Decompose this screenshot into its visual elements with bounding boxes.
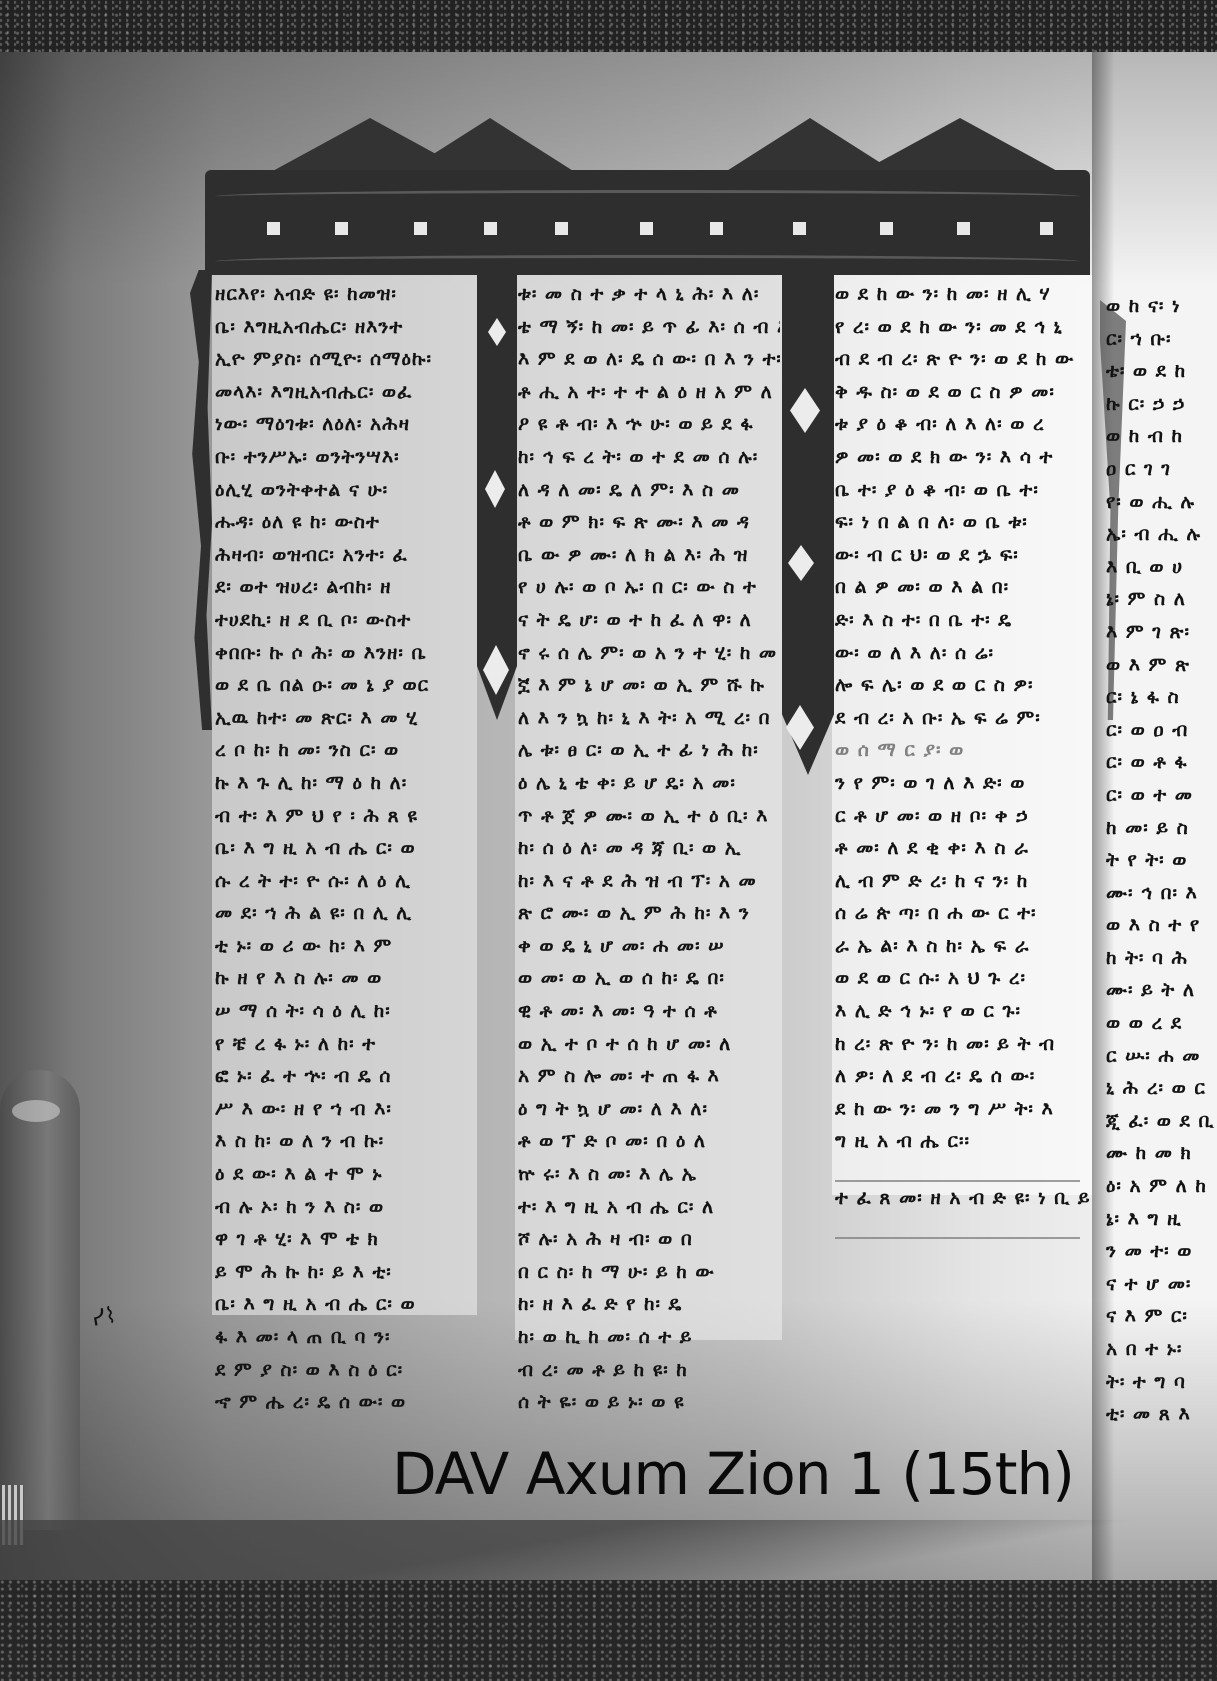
text-line: ኟ እ ም ኔ ሆ መ፡ ወ ኢ ም ሹ ኩ <box>518 669 780 702</box>
holder-thumb <box>0 1070 80 1530</box>
text-line: ይ ሞ ሕ ኩ ከ፡ ይ እ ቲ፡ <box>215 1256 477 1289</box>
text-line: እ ቢ ወ ሀ <box>1106 551 1217 584</box>
text-line: ሙ፡ ይ ት ለ <box>1106 974 1217 1007</box>
text-line: ር፡ ኀ ቡ፡ <box>1106 323 1217 356</box>
text-line: ወ እ ም ጽ <box>1106 649 1217 682</box>
text-line: ር ሡ፡ ሐ መ <box>1106 1040 1217 1073</box>
text-line: ከ መ፡ ይ ስ <box>1106 812 1217 845</box>
text-line: ና እ ም ር፡ <box>1106 1300 1217 1333</box>
text-line: ን መ ተ፡ ወ <box>1106 1235 1217 1268</box>
text-line: ብ ሉ ኦ፡ ከ ን እ ስ፡ ወ <box>215 1191 477 1224</box>
text-line: ለ እ ን ኳ ከ፡ ኒ እ ት፡ አ ሚ ረ፡ በ <box>518 702 780 735</box>
text-line: ቤ፡ እግዚአብሔር፡ ዘእንተ <box>215 311 477 344</box>
text-line: እ ሊ ድ ኅ ኑ፡ የ ወ ር ጉ፡ <box>835 995 1090 1028</box>
text-line: ቤ፡ እ ግ ዚ አ ብ ሔ ር፡ ወ <box>215 1288 477 1321</box>
text-line: ወ ወ ረ ደ <box>1106 1007 1217 1040</box>
text-line: ቲ፡ መ ጸ እ <box>1106 1398 1217 1431</box>
text-line: ደ ብ ረ፡ አ ቡ፡ ኤ ፍ ሬ ም፡ <box>835 702 1090 735</box>
text-line: ሾ ሉ፡ አ ሕ ዛ ብ፡ ወ በ <box>518 1223 780 1256</box>
text-column-3: ወ ደ ከ ው ን፡ ከ መ፡ ዘ ሊ ሃ የ ረ፡ ወ ደ ከ ው ን፡ መ … <box>835 278 1090 1239</box>
text-line: ቱ ያ ዕ ቆ ብ፡ ለ እ ለ፡ ወ ረ <box>835 408 1090 441</box>
text-line: ሑዳ፡ ዕለ ዩ ከ፡ ውስተ <box>215 506 477 539</box>
text-line: ቴ፡ ወ ደ ከ <box>1106 355 1217 388</box>
text-line: ቶ ሒ አ ተ፡ ተ ተ ል ዕ ዘ አ ም ለ ለ <box>518 376 780 409</box>
text-line: አ ም ስ ሎ መ፡ ተ ጠ ፋ እ <box>518 1060 780 1093</box>
text-line: ዕ ሌ ኒ ቴ ቀ፡ ይ ሆ ዴ፡ አ መ፡ <box>518 767 780 800</box>
column-separator-2 <box>782 270 834 775</box>
header-square-ornament <box>640 222 653 235</box>
text-line: ዕሊሂ ወንትቀተል ና ሁ፡ <box>215 474 477 507</box>
text-line: ኩ እ ጉ ሊ ከ፡ ማ ዕ ከ ለ፡ <box>215 767 477 800</box>
header-square-ornament <box>880 222 893 235</box>
text-line: ሱ ረ ት ተ፡ ዮ ሱ፡ ለ ዕ ሊ <box>215 865 477 898</box>
text-line: ና ተ ሆ መ፡ <box>1106 1268 1217 1301</box>
text-line: ለ ዳ ለ መ፡ ዴ ለ ም፡ እ ስ መ <box>518 474 780 507</box>
text-line: ወ ከ ና፡ ነ <box>1106 290 1217 323</box>
colophon-line: ተ ፈ ጸ መ፡ ዘ አ ብ ድ ዩ፡ ነ ቢ ይ <box>835 1182 1090 1215</box>
text-line: ኖ ሩ ሰ ሌ ም፡ ወ አ ን ተ ሂ፡ ከ መ <box>518 637 780 670</box>
image-caption: DAV Axum Zion 1 (15th) <box>392 1440 1074 1508</box>
text-line: ተሀደኪ፡ ዘ ደ ቢ ቦ፡ ውስተ <box>215 604 477 637</box>
thumbnail-highlight <box>12 1100 60 1122</box>
text-line: ኩ ር፡ ኃ ኃ <box>1106 388 1217 421</box>
header-square-ornament <box>335 222 348 235</box>
text-line: ቀ ወ ዴ ኒ ሆ መ፡ ሐ መ፡ ሠ <box>518 930 780 963</box>
text-line: የ ቼ ረ ፋ ኑ፡ ለ ከ፡ ተ <box>215 1028 477 1061</box>
text-line: ና ት ዴ ሆ፡ ወ ተ ከ ፈ ለ ዋ፡ ለ <box>518 604 780 637</box>
text-line: ር፡ ወ ተ መ <box>1106 779 1217 812</box>
text-line: ነው፡ ማዕገቱ፡ ለዕለ፡ አሕዛ <box>215 408 477 441</box>
text-line: ዖ ዩ ቶ ብ፡ እ ኍ ሁ፡ ወ ይ ደ ፋ <box>518 408 780 441</box>
text-column-2: ቱ፡ መ ስ ተ ቃ ተ ላ ኒ ሕ፡ እ ለ፡ ቴ ማ ኝ፡ ከ መ፡ ይ ጥ… <box>518 278 780 1419</box>
text-line: ሰ ሬ ጵ ጣ፡ በ ሐ ው ር ተ፡ <box>835 897 1090 930</box>
text-line: ጽ ሮ ሙ፡ ወ ኢ ም ሕ ከ፡ እ ን <box>518 897 780 930</box>
text-line: ቤ ተ፡ ያ ዕ ቆ ብ፡ ወ ቤ ተ፡ <box>835 474 1090 507</box>
text-line: እ ም ገ ጽ፡ <box>1106 616 1217 649</box>
text-line: ር፡ ኔ ፋ ስ <box>1106 681 1217 714</box>
text-line: አ በ ተ ኑ፡ <box>1106 1333 1217 1366</box>
dark-background-bottom <box>0 1580 1217 1681</box>
header-square-ornament <box>484 222 497 235</box>
text-line: ሎ ፍ ሌ፡ ወ ደ ወ ር ስ ዎ፡ <box>835 669 1090 702</box>
text-line: ብ ተ፡ እ ም ህ የ ፡ ሕ ጸ ዩ <box>215 800 477 833</box>
text-line: ን የ ም፡ ወ ገ ለ እ ድ፡ ወ <box>835 767 1090 800</box>
text-line: ዎ መ፡ ወ ደ ክ ው ን፡ እ ሳ ተ <box>835 441 1090 474</box>
text-line: ቀበቡ፡ ኩ ሶ ሕ፡ ወ እንዘ፡ ቤ <box>215 637 477 670</box>
header-square-ornament <box>267 222 280 235</box>
text-line: መላእ፡ እግዚአብሔር፡ ወፈ <box>215 376 477 409</box>
text-line: ቱ፡ መ ስ ተ ቃ ተ ላ ኒ ሕ፡ እ ለ፡ <box>518 278 780 311</box>
dark-background-top <box>0 0 1217 60</box>
text-line: ፋ እ መ፡ ላ ጠ ቢ ባ ን፡ <box>215 1321 477 1354</box>
text-line: ሠ ማ ሰ ት፡ ሳ ዕ ሊ ከ፡ <box>215 995 477 1028</box>
text-line: ከ ት፡ ባ ሕ <box>1106 942 1217 975</box>
text-line: ኆ ም ሔ ረ፡ ዴ ሰ ው፡ ወ <box>215 1386 477 1419</box>
text-line: ሌ ቱ፡ ፀ ር፡ ወ ኢ ተ ፊ ነ ሕ ከ፡ <box>518 734 780 767</box>
text-line: ደ፡ ወተ ዝሀረ፡ ልብከ፡ ዘ <box>215 571 477 604</box>
text-line: ኔ፡ ም ስ ለ <box>1106 583 1217 616</box>
text-line: ቶ ወ ፕ ድ ቦ መ፡ በ ዕ ለ <box>518 1125 780 1158</box>
text-line: ሙ፡ ኅ በ፡ እ <box>1106 877 1217 910</box>
text-line: ኢዮ ምያስ፡ ሰሚዮ፡ ሰማዕኩ፡ <box>215 343 477 376</box>
text-line: ኔ፡ እ ግ ዚ <box>1106 1203 1217 1236</box>
text-line: ቤ፡ እ ግ ዚ አ ብ ሔ ር፡ ወ <box>215 832 477 865</box>
text-line: ወ ኢ ተ ቦ ተ ሰ ከ ሆ መ፡ ለ <box>518 1028 780 1061</box>
text-line: እ ስ ከ፡ ወ ለ ን ብ ኩ፡ <box>215 1125 477 1158</box>
text-line: ወ ደ ቤ በል ዑ፡ መ ኔ ያ ወር <box>215 669 477 702</box>
text-line: ዕ ደ ው፡ እ ል ተ ሞ ኑ <box>215 1158 477 1191</box>
text-line: ዊ ቶ መ፡ እ መ፡ ዓ ተ ሰ ቶ <box>518 995 780 1028</box>
text-line: ት የ ት፡ ወ <box>1106 844 1217 877</box>
text-line: ወ መ፡ ወ ኢ ወ ሰ ከ፡ ዴ በ፡ <box>518 962 780 995</box>
text-line: ከ፡ ወ ኪ ከ መ፡ ሰ ተ ይ <box>518 1321 780 1354</box>
ruling-line <box>835 1215 1080 1239</box>
manuscript-photo: ዘርእየ፡ አብድ ዩ፡ ከመዝ፡ ቤ፡ እግዚአብሔር፡ ዘእንተ ኢዮ ምያ… <box>0 0 1217 1681</box>
text-line: ረ ቦ ከ፡ ከ መ፡ ንስ ር፡ ወ <box>215 734 477 767</box>
header-square-ornament <box>793 222 806 235</box>
text-line: የ፡ ወ ሒ ሉ <box>1106 486 1217 519</box>
header-square-ornament <box>555 222 568 235</box>
text-line: የ ረ፡ ወ ደ ከ ው ን፡ መ ደ ኅ ኒ <box>835 311 1090 344</box>
text-line: ደ ከ ው ን፡ መ ን ግ ሥ ት፡ እ <box>835 1093 1090 1126</box>
text-line: እ ም ደ ወ ለ፡ ዴ ሰ ው፡ በ እ ን ተ፡ <box>518 343 780 376</box>
text-line: ቶ ወ ም ክ፡ ፍ ጽ ሙ፡ እ መ ዳ <box>518 506 780 539</box>
text-line: ጂ ፈ፡ ወ ደ ቢ <box>1106 1105 1217 1138</box>
text-line: ፍ፡ ነ በ ል በ ለ፡ ወ ቤ ቱ፡ <box>835 506 1090 539</box>
text-line: ኢዉ ከተ፡ መ ጽር፡ እ መ ሂ <box>215 702 477 735</box>
header-square-ornament <box>1040 222 1053 235</box>
header-crest <box>850 118 1070 178</box>
text-line: ድ፡ እ ስ ተ፡ በ ቤ ተ፡ ዴ <box>835 604 1090 637</box>
adjacent-page-column: ወ ከ ና፡ ነ ር፡ ኀ ቡ፡ ቴ፡ ወ ደ ከ ኩ ር፡ ኃ ኃ ወ ከ ብ… <box>1106 290 1217 1431</box>
text-line: ኒ ሕ ረ፡ ወ ር <box>1106 1072 1217 1105</box>
text-line: ር ቶ ሆ መ፡ ወ ዘ ቦ፡ ቀ ኃ <box>835 800 1090 833</box>
text-line: ቴ ማ ኝ፡ ከ መ፡ ይ ጥ ፊ እ፡ ሰ ብ እ <box>518 311 780 344</box>
header-wave-line <box>215 190 1080 203</box>
text-line: ብ ረ፡ መ ቶ ይ ከ ዩ፡ ከ <box>518 1354 780 1387</box>
text-line: ኵ ሩ፡ እ ስ መ፡ እ ሌ ኤ <box>518 1158 780 1191</box>
text-line: ጥ ቶ ጀ ዎ ሙ፡ ወ ኢ ተ ዕ ቢ፡ እ <box>518 800 780 833</box>
ruling-line <box>835 1158 1080 1182</box>
text-line: ወ እ ስ ተ የ <box>1106 909 1217 942</box>
text-line: ሥ እ ው፡ ዘ የ ኀ ብ እ፡ <box>215 1093 477 1126</box>
text-line: ቤ ው ዎ ሙ፡ ለ ክ ል እ፡ ሕ ዝ <box>518 539 780 572</box>
text-line: ር፡ ወ ዐ ብ <box>1106 714 1217 747</box>
text-line: ተ፡ እ ግ ዚ አ ብ ሔ ር፡ ለ <box>518 1191 780 1224</box>
text-line: ከ፡ ሰ ዕ ለ፡ መ ዳ ጃ ቢ፡ ወ ኢ <box>518 832 780 865</box>
text-line: ዕ፡ አ ም ለ ከ <box>1106 1170 1217 1203</box>
header-square-ornament <box>414 222 427 235</box>
text-line: ኤ፡ ብ ሒ ሉ <box>1106 518 1217 551</box>
text-line: ቡ፡ ተንሥኡ፡ ወንትንሣእ፡ <box>215 441 477 474</box>
text-column-1: ዘርእየ፡ አብድ ዩ፡ ከመዝ፡ ቤ፡ እግዚአብሔር፡ ዘእንተ ኢዮ ምያ… <box>215 278 477 1419</box>
text-line: ወ ደ ከ ው ን፡ ከ መ፡ ዘ ሊ ሃ <box>835 278 1090 311</box>
text-line: ዘርእየ፡ አብድ ዩ፡ ከመዝ፡ <box>215 278 477 311</box>
text-line: ከ ረ፡ ጽ ዮ ን፡ ከ መ፡ ይ ት ብ <box>835 1028 1090 1061</box>
text-line: ዕ ግ ት ኳ ሆ መ፡ ለ እ ለ፡ <box>518 1093 780 1126</box>
text-line: ር፡ ወ ቶ ፋ <box>1106 746 1217 779</box>
text-line: በ ር ስ፡ ከ ማ ሁ፡ ይ ከ ው <box>518 1256 780 1289</box>
text-line: ዋ ገ ቶ ሂ፡ እ ሞ ቴ ክ <box>215 1223 477 1256</box>
text-line: ው፡ ወ ለ እ ለ፡ ሰ ሬ፡ <box>835 637 1090 670</box>
text-line: ብ ደ ብ ረ፡ ጽ ዮ ን፡ ወ ደ ከ ው <box>835 343 1090 376</box>
text-line: ወ ከ ብ ከ <box>1106 420 1217 453</box>
text-line: ከ፡ እ ና ቶ ደ ሕ ዝ ብ ፕ፡ አ መ <box>518 865 780 898</box>
text-line: ዐ ር ገ ገ <box>1106 453 1217 486</box>
text-line: ለ ዎ፡ ለ ደ ብ ረ፡ ዴ ሰ ው፡ <box>835 1060 1090 1093</box>
text-line: ሊ ብ ም ድ ረ፡ ከ ና ን፡ ከ <box>835 865 1090 898</box>
header-wave-line <box>215 255 1080 268</box>
text-line: ው፡ ብ ር ህ፡ ወ ደ ኌ ፍ፡ <box>835 539 1090 572</box>
header-square-ornament <box>710 222 723 235</box>
text-line: የ ሀ ሉ፡ ወ ቦ ኡ፡ በ ር፡ ው ስ ተ <box>518 571 780 604</box>
text-line: ከ፡ ኅ ፍ ረ ት፡ ወ ተ ደ መ ሰ ሉ፡ <box>518 441 780 474</box>
header-square-ornament <box>957 222 970 235</box>
text-line: ት፡ ተ ግ ባ <box>1106 1366 1217 1399</box>
ink-scribble-mark: ᓯ⌇ <box>90 1303 118 1332</box>
text-line: ሙ ከ መ ክ <box>1106 1137 1217 1170</box>
text-line: ሕዛብ፡ ወዝብር፡ አንተ፡ ፈ <box>215 539 477 572</box>
text-line: ራ ኤ ል፡ እ ስ ከ፡ ኤ ፍ ራ <box>835 930 1090 963</box>
text-line: ቶ መ፡ ለ ደ ቂ ቀ፡ እ ስ ራ <box>835 832 1090 865</box>
text-line: ከ፡ ዘ እ ፈ ድ የ ከ፡ ዴ <box>518 1288 780 1321</box>
text-line: ቲ ኑ፡ ወ ሪ ው ከ፡ እ ም <box>215 930 477 963</box>
text-line: ሰ ት ዬ፡ ወ ይ ኑ፡ ወ ዩ <box>518 1386 780 1419</box>
text-line: መ ደ፡ ኀ ሕ ል ዩ፡ በ ሊ ሊ <box>215 897 477 930</box>
text-line: ደ ም ያ ስ፡ ወ እ ስ ዕ ር፡ <box>215 1354 477 1387</box>
text-line: ግ ዚ አ ብ ሔ ር፡፡ <box>835 1125 1090 1158</box>
text-line: ወ ሰ ማ ር ያ፡ ወ <box>835 734 1090 767</box>
text-line: በ ል ዎ መ፡ ወ እ ል በ፡ <box>835 571 1090 604</box>
text-line: ኩ ዘ የ እ ስ ሉ፡ መ ወ <box>215 962 477 995</box>
text-line: ቅ ዱ ስ፡ ወ ደ ወ ር ስ ዎ መ፡ <box>835 376 1090 409</box>
text-line: ወ ደ ወ ር ሱ፡ አ ህ ጉ ረ፡ <box>835 962 1090 995</box>
text-line: ፎ ኑ፡ ፈ ተ ኍ፡ ብ ዴ ሰ <box>215 1060 477 1093</box>
